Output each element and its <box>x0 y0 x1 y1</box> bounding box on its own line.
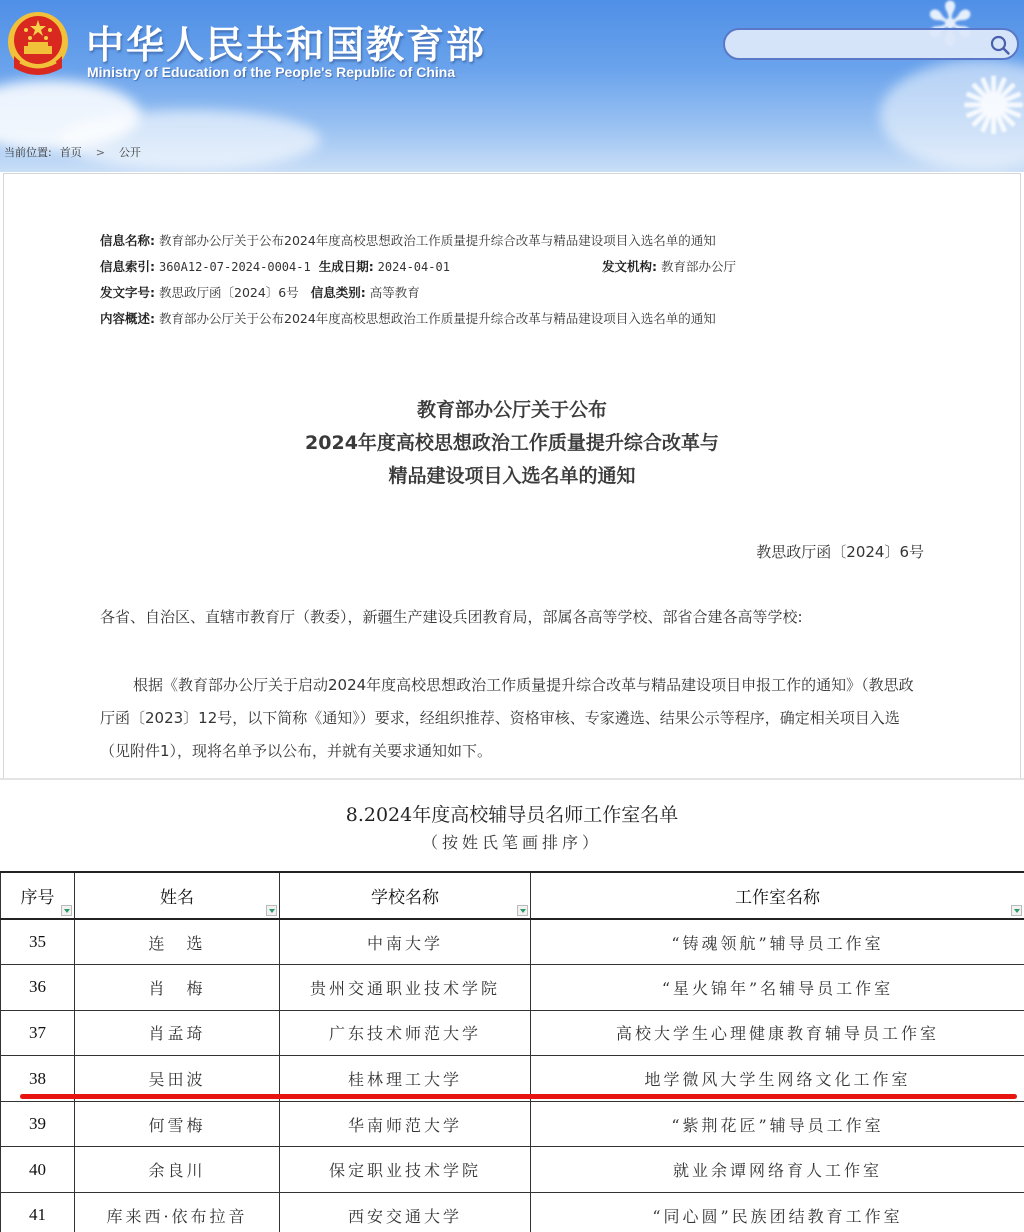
cell-name: 库来西·依布拉音 <box>75 1193 280 1232</box>
cell-number: 37 <box>1 1010 75 1056</box>
filter-dropdown-icon[interactable] <box>1011 905 1022 916</box>
highlight-underline <box>20 1094 1017 1099</box>
cell-studio: 高校大学生心理健康教育辅导员工作室 <box>531 1010 1024 1056</box>
header-banner: ✻ ✺ 中华人民共和国教育部 Ministry of Education of … <box>0 0 1024 172</box>
breadcrumb: 当前位置: 首页 > 公开 <box>4 144 141 160</box>
meta-row-summary: 内容概述: 教育部办公厅关于公布2024年度高校思想政治工作质量提升综合改革与精… <box>100 306 716 332</box>
meta-issuer-label: 发文机构: <box>602 259 657 274</box>
meta-row-docno: 发文字号: 教思政厅函〔2024〕6号 信息类别: 高等教育 <box>100 280 716 306</box>
column-header-label: 工作室名称 <box>735 888 820 908</box>
breadcrumb-separator: > <box>96 146 105 159</box>
column-header-label: 姓名 <box>160 888 194 908</box>
site-title[interactable]: 中华人民共和国教育部 <box>86 14 486 69</box>
column-header-number: 序号 <box>1 872 75 919</box>
breadcrumb-home[interactable]: 首页 <box>60 144 82 160</box>
cell-name: 肖 梅 <box>75 965 280 1011</box>
table-header-row: 序号 姓名 学校名称 工作室名称 <box>1 872 1024 919</box>
cell-name: 肖孟琦 <box>75 1010 280 1056</box>
meta-summary-value: 教育部办公厅关于公布2024年度高校思想政治工作质量提升综合改革与精品建设项目入… <box>159 311 716 326</box>
meta-date-label: 生成日期: <box>319 259 374 274</box>
roster-subtitle: （按姓氏笔画排序） <box>0 830 1024 853</box>
info-metadata: 信息名称: 教育部办公厅关于公布2024年度高校思想政治工作质量提升综合改革与精… <box>100 228 716 332</box>
breadcrumb-prefix: 当前位置: <box>4 144 52 160</box>
document-paragraph: 根据《教育部办公厅关于启动2024年度高校思想政治工作质量提升综合改革与精品建设… <box>100 669 925 768</box>
cell-studio: 就业余谭网络育人工作室 <box>531 1147 1024 1193</box>
document-addressee: 各省、自治区、直辖市教育厅（教委），新疆生产建设兵团教育局，部属各高等学校、部省… <box>100 606 803 627</box>
meta-issuer-value: 教育部办公厅 <box>661 259 736 274</box>
table-row: 39 何雪梅 华南师范大学 “紫荆花匠”辅导员工作室 <box>1 1101 1024 1147</box>
cell-name: 连 选 <box>75 919 280 965</box>
document-title-line: 教育部办公厅关于公布 <box>0 394 1024 427</box>
roster-title: 8.2024年度高校辅导员名师工作室名单 <box>0 800 1024 827</box>
cell-number: 41 <box>1 1193 75 1232</box>
cell-school: 西安交通大学 <box>280 1193 531 1232</box>
cell-number: 39 <box>1 1101 75 1147</box>
table-row: 36 肖 梅 贵州交通职业技术学院 “星火锦年”名辅导员工作室 <box>1 965 1024 1011</box>
meta-date-value: 2024-04-01 <box>378 260 450 274</box>
meta-category-label: 信息类别: <box>311 285 366 300</box>
meta-index-label: 信息索引: <box>100 259 155 274</box>
column-header-label: 序号 <box>21 888 55 908</box>
search-icon[interactable] <box>989 34 1011 56</box>
meta-name-value: 教育部办公厅关于公布2024年度高校思想政治工作质量提升综合改革与精品建设项目入… <box>159 233 716 248</box>
cell-school: 贵州交通职业技术学院 <box>280 965 531 1011</box>
table-row: 41 库来西·依布拉音 西安交通大学 “同心圆”民族团结教育工作室 <box>1 1193 1024 1232</box>
document-title-line: 精品建设项目入选名单的通知 <box>0 460 1024 493</box>
cell-studio: “同心圆”民族团结教育工作室 <box>531 1193 1024 1232</box>
cell-name: 何雪梅 <box>75 1101 280 1147</box>
meta-docno-value: 教思政厅函〔2024〕6号 <box>159 285 299 300</box>
breadcrumb-public[interactable]: 公开 <box>119 144 141 160</box>
column-header-label: 学校名称 <box>371 888 439 908</box>
meta-name-label: 信息名称: <box>100 233 155 248</box>
filter-dropdown-icon[interactable] <box>61 905 72 916</box>
filter-dropdown-icon[interactable] <box>266 905 277 916</box>
cell-studio: “紫荆花匠”辅导员工作室 <box>531 1101 1024 1147</box>
document-title-line: 2024年度高校思想政治工作质量提升综合改革与 <box>0 427 1024 460</box>
cell-number: 36 <box>1 965 75 1011</box>
national-emblem-icon <box>6 10 70 80</box>
cell-number: 40 <box>1 1147 75 1193</box>
meta-row-index: 信息索引: 360A12-07-2024-0004-1 生成日期: 2024-0… <box>100 254 716 280</box>
column-header-school: 学校名称 <box>280 872 531 919</box>
document-title: 教育部办公厅关于公布 2024年度高校思想政治工作质量提升综合改革与 精品建设项… <box>0 394 1024 493</box>
roster-table: 序号 姓名 学校名称 工作室名称 35 连 选 中南大学 “铸魂领航”辅导员工作… <box>0 871 1024 1232</box>
cell-school: 中南大学 <box>280 919 531 965</box>
meta-index-value: 360A12-07-2024-0004-1 <box>159 260 311 274</box>
document-number: 教思政厅函〔2024〕6号 <box>756 541 924 562</box>
search-box[interactable] <box>723 28 1019 60</box>
meta-summary-label: 内容概述: <box>100 311 155 326</box>
cell-studio: “铸魂领航”辅导员工作室 <box>531 919 1024 965</box>
cell-number: 35 <box>1 919 75 965</box>
meta-docno-label: 发文字号: <box>100 285 155 300</box>
table-row: 37 肖孟琦 广东技术师范大学 高校大学生心理健康教育辅导员工作室 <box>1 1010 1024 1056</box>
search-input[interactable] <box>725 30 975 58</box>
meta-row-name: 信息名称: 教育部办公厅关于公布2024年度高校思想政治工作质量提升综合改革与精… <box>100 228 716 254</box>
column-header-studio: 工作室名称 <box>531 872 1024 919</box>
column-header-name: 姓名 <box>75 872 280 919</box>
cell-studio: “星火锦年”名辅导员工作室 <box>531 965 1024 1011</box>
meta-category-value: 高等教育 <box>370 285 420 300</box>
cell-school: 广东技术师范大学 <box>280 1010 531 1056</box>
table-row: 35 连 选 中南大学 “铸魂领航”辅导员工作室 <box>1 919 1024 965</box>
table-row: 40 余良川 保定职业技术学院 就业余谭网络育人工作室 <box>1 1147 1024 1193</box>
cloud-decoration <box>60 110 320 170</box>
cell-name: 余良川 <box>75 1147 280 1193</box>
cell-school: 保定职业技术学院 <box>280 1147 531 1193</box>
cell-school: 华南师范大学 <box>280 1101 531 1147</box>
site-subtitle: Ministry of Education of the People's Re… <box>87 64 455 80</box>
filter-dropdown-icon[interactable] <box>517 905 528 916</box>
dandelion-decoration: ✺ <box>960 60 1024 153</box>
